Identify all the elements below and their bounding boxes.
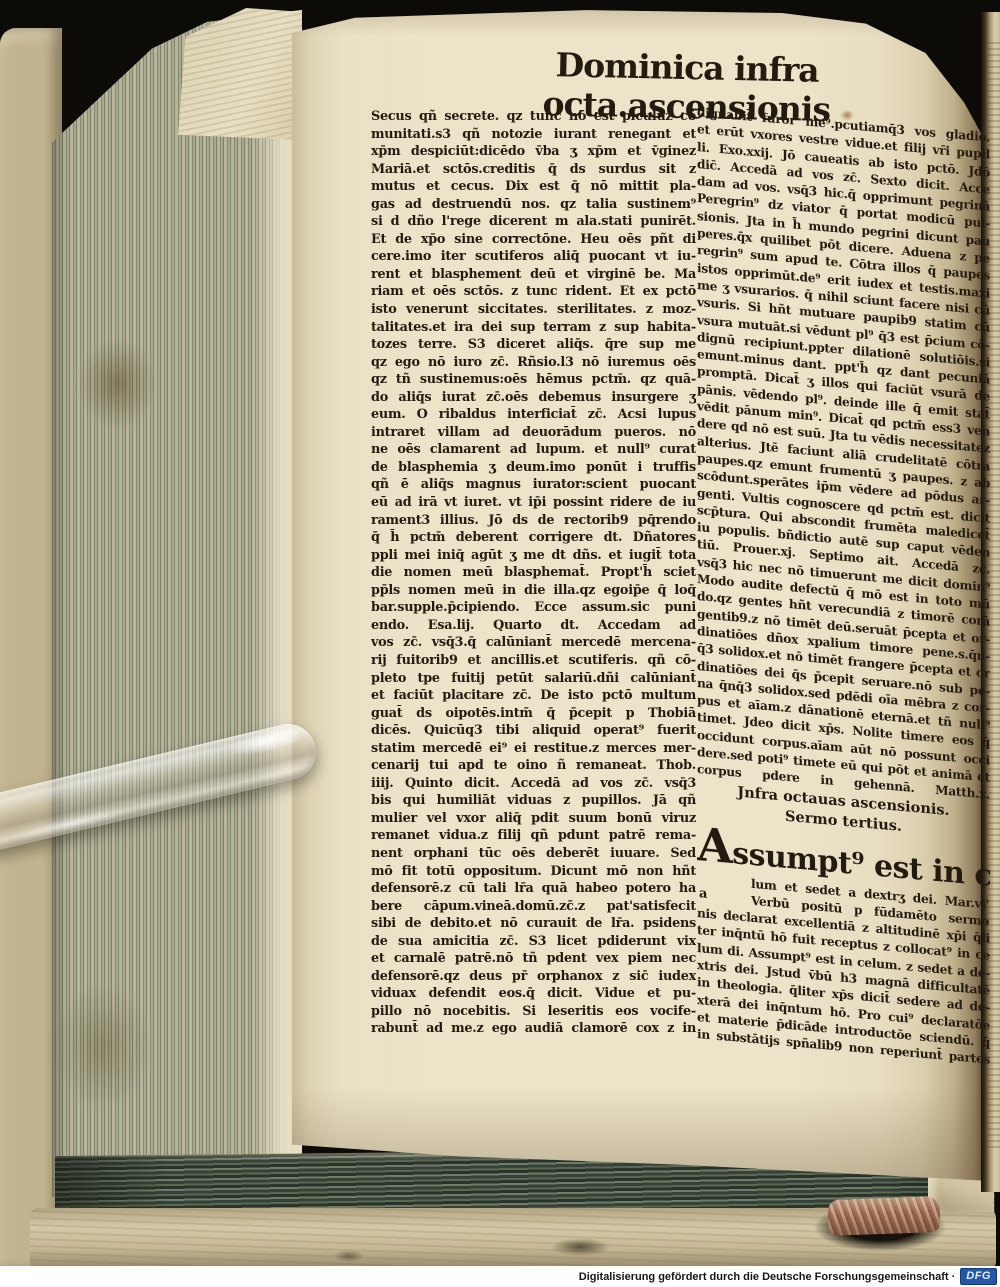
- text-line: eū ad irā vt iuret. vt ip̄i possint ride…: [371, 494, 696, 512]
- page-title: Dominica infra octa.ascensionis: [446, 43, 929, 103]
- page-block-fore-edge: [52, 10, 302, 1216]
- text-line: qñ ē aliq̄s magnus iurator:scient puocan…: [371, 476, 696, 494]
- text-line: viduax defendit eos.q̄ dicit. Vidue et p…: [371, 985, 696, 1003]
- text-line: eum. O ribaldus interficiat̄ zc̄. Acsi l…: [371, 406, 696, 424]
- text-line: bere cāpum.vineā.domū.zc̄.z pat'satisfec…: [371, 898, 696, 916]
- text-line: ppli mei iniq̄ agūt ʒ me dt dñs. et iugi…: [371, 547, 696, 565]
- text-line: intraret villam ad deuorādum pueros. nō: [371, 424, 696, 442]
- incipit-initial: A: [697, 819, 732, 874]
- text-line: qz tñ sustinemus:oēs hēmus pctm̄. qz quā…: [371, 371, 696, 389]
- text-line: si d dño l'rege dicerent m ala.stati pun…: [371, 213, 696, 231]
- text-line: nent orphani tūc oēs deberēt iuuare. Sed: [371, 845, 696, 863]
- text-line: do aliq̄s iurat zc̄.oēs debemus insurger…: [371, 389, 696, 407]
- text-column-right-body: dignabit̄ furor me⁹.pcutiamq̄3 vos gladi…: [697, 104, 990, 804]
- text-line: sibi de debito.et nō curauit de lr̄a. ps…: [371, 915, 696, 933]
- text-line: rent et blasphement deū et virginē be. M…: [371, 266, 696, 284]
- text-line: xp̄m despiciūt:dicēdo v̄ba ʒ xp̄m et v̄g…: [371, 143, 696, 161]
- cover-clasp-edge: [827, 1196, 940, 1236]
- text-line: de blasphemia ʒ deum.imo ponūt i truffis: [371, 459, 696, 477]
- text-column-left: Secus qñ secrete. qz tunc nō est piculuz…: [371, 108, 696, 1038]
- text-line: mutus et cecus. Dix est q̄ nō mittit pla…: [371, 178, 696, 196]
- text-column-right: dignabit̄ furor me⁹.pcutiamq̄3 vos gladi…: [697, 104, 990, 1069]
- text-line: defensorē.qz deus pr̄ orphanox z sic̄ iu…: [371, 968, 696, 986]
- text-line: guat̄ ds oipotēs.intm̄ q̄ p̄cepit p Thob…: [371, 705, 696, 723]
- text-line: qz ego nō iuro zc̄. Rñsio.l3 nō iuremus …: [371, 354, 696, 372]
- text-line: et faciūt placitare zc̄. De isto pctō mu…: [371, 687, 696, 705]
- text-line: gas ad destruendū nos. qz talia sustinem…: [371, 196, 696, 214]
- text-line: defensorē.z cū tali lr̄a quā habeo poter…: [371, 880, 696, 898]
- text-line: cere.imo iter scutiferos aliq̄ puocant v…: [371, 248, 696, 266]
- digitization-credit-bar: Digitalisierung gefördert durch die Deut…: [0, 1266, 1000, 1287]
- text-line: bis qui humiliāt viduas z pupillos. Jā q…: [371, 792, 696, 810]
- text-line: et carnalē patrē.nō tñ pdent vex piem ne…: [371, 950, 696, 968]
- dfg-logo: DFG: [960, 1268, 997, 1285]
- text-line: cenarij tui apd te oino ñ remaneat. Thob…: [371, 757, 696, 775]
- text-line: bar.supple.p̄cipiendo. Ecce assum.sic pu…: [371, 599, 696, 617]
- text-line: statim mercedē ei⁹ ei restitue.z merces …: [371, 740, 696, 758]
- text-line: die nomen meū blasphemat̄. Propt'h̄ scie…: [371, 564, 696, 582]
- text-line: rament3 illius. Jō ds de rectorib9 pq̄re…: [371, 512, 696, 530]
- text-line: pleto tpe fuitij petūt salariū.dñi calūn…: [371, 670, 696, 688]
- text-line: endo. Esa.lij. Quarto dt. Accedam ad: [371, 617, 696, 635]
- sermon-body: nis declarat excellentiā z altitudinē xp…: [697, 905, 990, 1069]
- text-line: Secus qñ secrete. qz tunc nō est piculuz…: [371, 108, 696, 126]
- text-line: dicēs. Quicūq3 tibi aliquid operat⁹ fuer…: [371, 722, 696, 740]
- text-line: mulier vel vxor aliq̄ pdit suum bonū vir…: [371, 810, 696, 828]
- text-line: vos zc̄. vsq̄3.q̄ calūniant̄ mercedē mer…: [371, 634, 696, 652]
- text-line: pp̄ls nomen meū in die illa.qz egoip̄e q…: [371, 582, 696, 600]
- text-line: Mariā.et sctōs.creditis q̄ ds surdus sit…: [371, 161, 696, 179]
- text-line: riam et oēs sctōs. z tunc rident. Et ex …: [371, 283, 696, 301]
- text-line: tozes terre. S3 diceret aliq̄s. q̄re sup…: [371, 336, 696, 354]
- text-line: q̄ h̄ pctm̄ deberent corrigere dt. Dñato…: [371, 529, 696, 547]
- credit-text: Digitalisierung gefördert durch die Deut…: [579, 1271, 956, 1283]
- text-line: rij fuitorib9 et ancillis.et scutiferis.…: [371, 652, 696, 670]
- text-line: iiij. Quinto dicit. Accedā ad vos zc̄. v…: [371, 775, 696, 793]
- text-line: talitates.et ira dei sup terram z sup ha…: [371, 319, 696, 337]
- text-line: rabunt̄ ad me.z ego audiā clamorē cox z …: [371, 1020, 696, 1038]
- text-line: munitati.s3 qñ notozie iurant renegant e…: [371, 126, 696, 144]
- margin-guide-letter: a: [699, 886, 707, 902]
- text-line: pillo nō nocebitis. Si leseritis eos voc…: [371, 1003, 696, 1021]
- text-line: mō fit totū oppositum. Dicunt mō non hñt: [371, 863, 696, 881]
- text-line: ne oēs clamarent ad lupum. et null⁹ cura…: [371, 441, 696, 459]
- text-line: remanet vidua.z filij qñ pdunt patrē rem…: [371, 827, 696, 845]
- text-line: de sua amicitia zc̄. S3 licet pdiderunt …: [371, 933, 696, 951]
- text-line: isto venerunt siccitates. sterilitates. …: [371, 301, 696, 319]
- text-line: Et de xp̄o sine correctōne. Heu oēs pñt …: [371, 231, 696, 249]
